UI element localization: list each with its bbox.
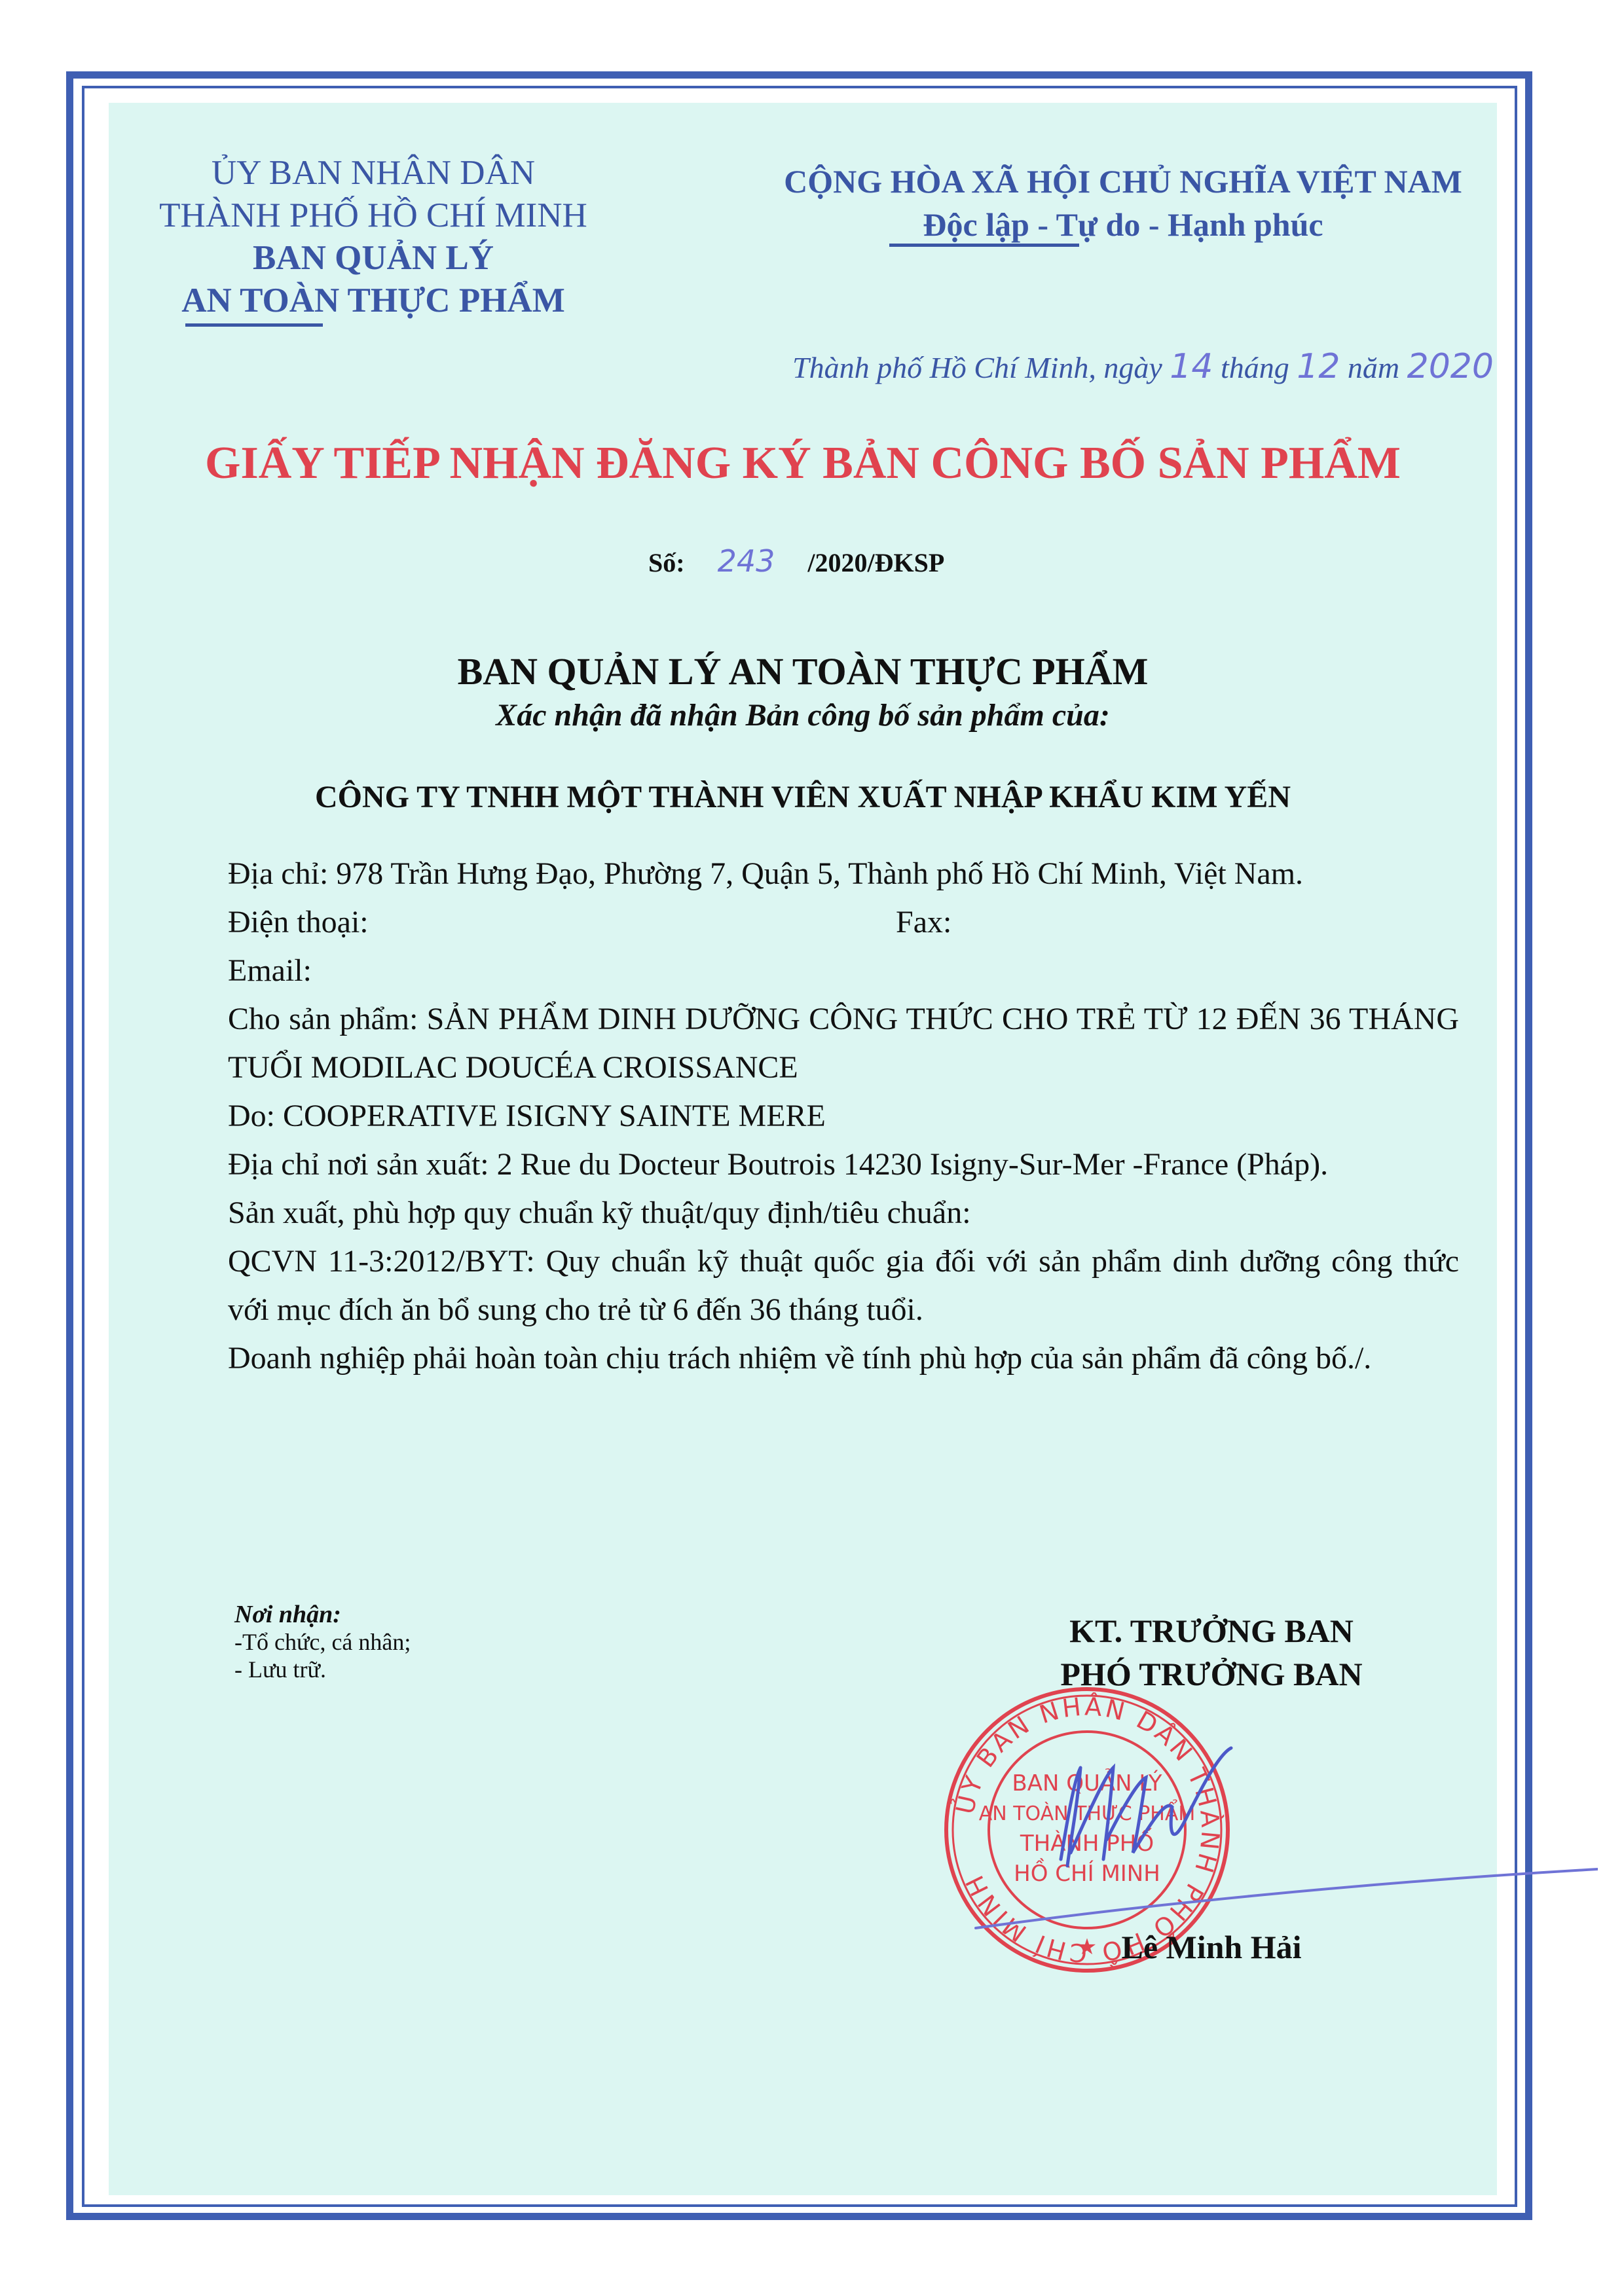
number-suffix: /2020/ĐKSP (807, 548, 944, 577)
issuer-heading: BAN QUẢN LÝ AN TOÀN THỰC PHẨM (109, 649, 1497, 693)
recipient-item: - Lưu trữ. (234, 1656, 411, 1683)
nation-header: CỘNG HÒA XÃ HỘI CHỦ NGHĨA VIỆT NAM Độc l… (753, 160, 1493, 246)
agency-line-1: ỦY BAN NHÂN DÂN (138, 152, 609, 194)
handwritten-signature-icon (943, 1741, 1598, 1938)
agency-underline (185, 323, 323, 327)
motto-underline (889, 244, 1079, 247)
nation-motto: Độc lập - Tự do - Hạnh phúc (753, 203, 1493, 246)
confirmation-subtitle: Xác nhận đã nhận Bản công bố sản phẩm củ… (109, 697, 1497, 733)
manufacturer-line: Do: COOPERATIVE ISIGNY SAINTE MERE (228, 1092, 1459, 1140)
agency-line-2: THÀNH PHỐ HỒ CHÍ MINH (138, 194, 609, 237)
body-text: Địa chỉ: 978 Trần Hưng Đạo, Phường 7, Qu… (228, 850, 1459, 1383)
handwritten-number: 243 (718, 543, 775, 579)
handwritten-year: 2020 (1407, 347, 1494, 386)
agency-header: ỦY BAN NHÂN DÂN THÀNH PHỐ HỒ CHÍ MINH BA… (138, 152, 609, 322)
address-line: Địa chỉ: 978 Trần Hưng Đạo, Phường 7, Qu… (228, 850, 1341, 898)
fax-label: Fax: (896, 898, 951, 947)
agency-line-3: BAN QUẢN LÝ (138, 237, 609, 280)
production-address-line: Địa chỉ nơi sản xuất: 2 Rue du Docteur B… (228, 1140, 1459, 1189)
phone-label: Điện thoại: (228, 905, 369, 939)
signature-title-line-1: KT. TRƯỞNG BAN (982, 1609, 1441, 1652)
handwritten-month: 12 (1297, 347, 1340, 386)
number-label: Số: (648, 548, 685, 577)
agency-line-4: AN TOÀN THỰC PHẨM (138, 280, 609, 322)
month-label: tháng (1221, 351, 1289, 384)
recipient-item: -Tổ chức, cá nhân; (234, 1628, 411, 1656)
standard-line: QCVN 11-3:2012/BYT: Quy chuẩn kỹ thuật q… (228, 1237, 1459, 1334)
signer-name: Lê Minh Hải (1048, 1928, 1375, 1966)
document-title: GIẤY TIẾP NHẬN ĐĂNG KÝ BẢN CÔNG BỐ SẢN P… (109, 437, 1497, 490)
recipients: Nơi nhận: -Tổ chức, cá nhân; - Lưu trữ. (234, 1601, 411, 1683)
recipients-heading: Nơi nhận: (234, 1601, 411, 1628)
dateline: Thành phố Hồ Chí Minh, ngày 14 tháng 12 … (792, 347, 1494, 386)
company-name: CÔNG TY TNHH MỘT THÀNH VIÊN XUẤT NHẬP KH… (109, 779, 1497, 815)
contact-line: Điện thoại: Fax: (228, 898, 1459, 947)
handwritten-day: 14 (1170, 347, 1213, 386)
product-line: Cho sản phẩm: SẢN PHẨM DINH DƯỠNG CÔNG T… (228, 995, 1459, 1092)
nation-line-1: CỘNG HÒA XÃ HỘI CHỦ NGHĨA VIỆT NAM (753, 160, 1493, 203)
dateline-prefix: Thành phố Hồ Chí Minh, ngày (792, 351, 1162, 384)
responsibility-line: Doanh nghiệp phải hoàn toàn chịu trách n… (228, 1334, 1459, 1383)
compliance-intro: Sản xuất, phù hợp quy chuẩn kỹ thuật/quy… (228, 1189, 1459, 1237)
year-label: năm (1348, 351, 1399, 384)
document-number: Số: 243 /2020/ĐKSP (648, 543, 944, 579)
email-label: Email: (228, 947, 1459, 995)
